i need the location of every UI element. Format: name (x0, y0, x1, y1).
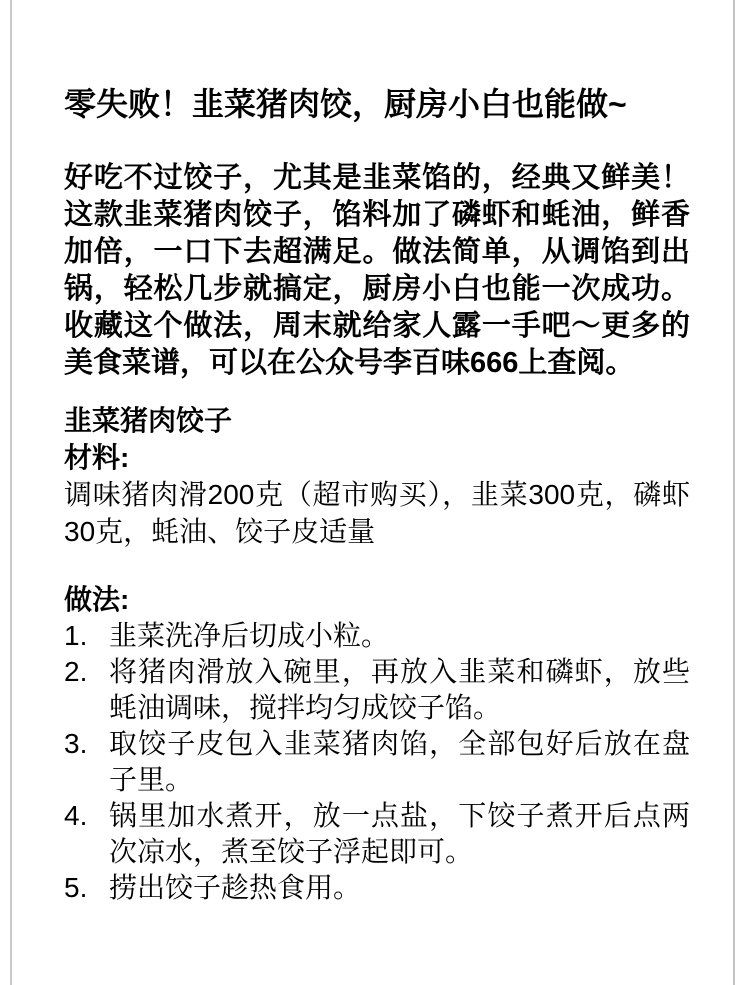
intro-paragraph: 好吃不过饺子，尤其是韭菜馅的，经典又鲜美！这款韭菜猪肉饺子，馅料加了磷虾和蚝油，… (64, 160, 690, 382)
step-number: 2. (64, 654, 109, 690)
step-text: 韭菜洗净后切成小粒。 (109, 618, 690, 654)
recipe-section: 韭菜猪肉饺子 材料: 调味猪肉滑200克（超市购买），韭菜300克，磷虾30克，… (64, 402, 690, 550)
step-text: 锅里加水煮开，放一点盐，下饺子煮开后点两次凉水，煮至饺子浮起即可。 (109, 798, 690, 870)
materials-text: 调味猪肉滑200克（超市购买），韭菜300克，磷虾30克，蚝油、饺子皮适量 (64, 476, 690, 550)
document-page: 零失败！韭菜猪肉饺，厨房小白也能做~ 好吃不过饺子，尤其是韭菜馅的，经典又鲜美！… (10, 0, 735, 985)
article-title: 零失败！韭菜猪肉饺，厨房小白也能做~ (64, 84, 690, 124)
step-text: 捞出饺子趁热食用。 (109, 870, 690, 906)
page-content: 零失败！韭菜猪肉饺，厨房小白也能做~ 好吃不过饺子，尤其是韭菜馅的，经典又鲜美！… (12, 0, 733, 906)
step-number: 3. (64, 726, 109, 762)
document-viewport: 零失败！韭菜猪肉饺，厨房小白也能做~ 好吃不过饺子，尤其是韭菜馅的，经典又鲜美！… (0, 0, 742, 985)
step-text: 将猪肉滑放入碗里，再放入韭菜和磷虾，放些蚝油调味，搅拌均匀成饺子馅。 (109, 654, 690, 726)
steps-label: 做法: (64, 581, 690, 618)
steps-list: 1. 韭菜洗净后切成小粒。 2. 将猪肉滑放入碗里，再放入韭菜和磷虾，放些蚝油调… (64, 618, 690, 906)
step-item-1: 1. 韭菜洗净后切成小粒。 (64, 618, 690, 654)
step-item-2: 2. 将猪肉滑放入碗里，再放入韭菜和磷虾，放些蚝油调味，搅拌均匀成饺子馅。 (64, 654, 690, 726)
step-number: 4. (64, 798, 109, 834)
step-item-4: 4. 锅里加水煮开，放一点盐，下饺子煮开后点两次凉水，煮至饺子浮起即可。 (64, 798, 690, 870)
step-item-3: 3. 取饺子皮包入韭菜猪肉馅，全部包好后放在盘子里。 (64, 726, 690, 798)
materials-label: 材料: (64, 439, 690, 476)
step-text: 取饺子皮包入韭菜猪肉馅，全部包好后放在盘子里。 (109, 726, 690, 798)
step-item-5: 5. 捞出饺子趁热食用。 (64, 870, 690, 906)
recipe-name-heading: 韭菜猪肉饺子 (64, 402, 690, 439)
step-number: 1. (64, 618, 109, 654)
step-number: 5. (64, 870, 109, 906)
